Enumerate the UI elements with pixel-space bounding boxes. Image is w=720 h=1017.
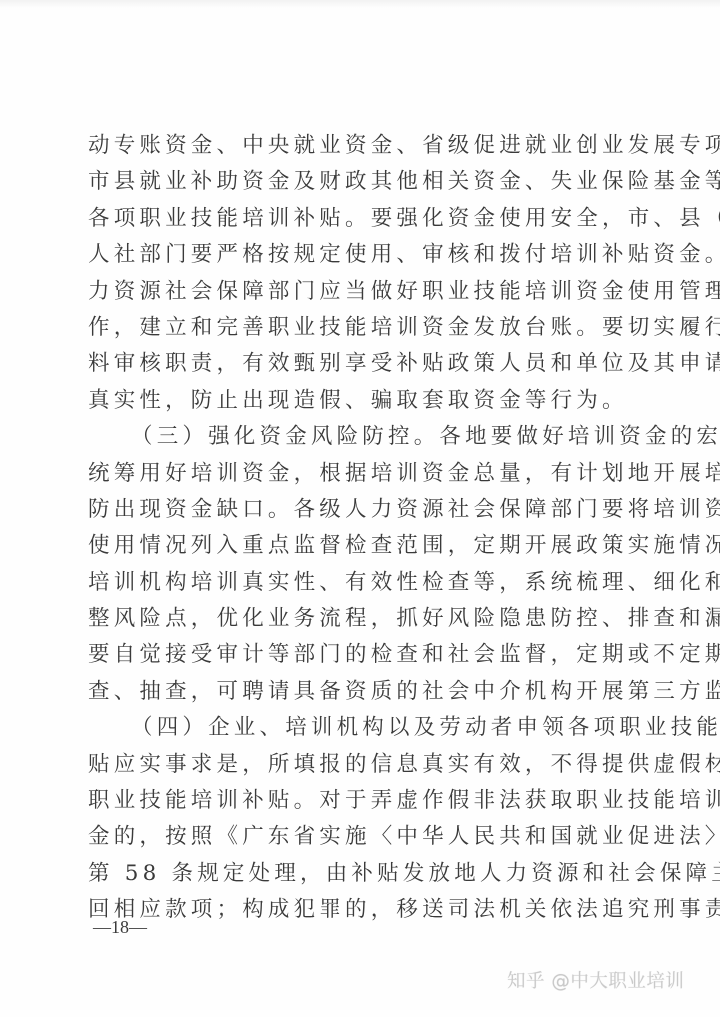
text-line: 作，建立和完善职业技能培训资金发放台账。要切实履行申请材 <box>88 310 633 346</box>
text-line: 要自觉接受审计等部门的检查和社会监督，定期或不定期开展检 <box>88 637 633 673</box>
text-line: 回相应款项；构成犯罪的，移送司法机关依法追究刑事责任。对 <box>88 892 633 928</box>
document-body: 动专账资金、中央就业资金、省级促进就业创业发展专项资金、 市县就业补助资金及财政… <box>88 128 633 929</box>
text-line: 贴应实事求是，所填报的信息真实有效，不得提供虚假材料骗取 <box>88 747 633 783</box>
text-line: 真实性，防止出现造假、骗取套取资金等行为。 <box>88 383 633 419</box>
text-line: 各项职业技能培训补贴。要强化资金使用安全，市、县（市、区） <box>88 201 633 237</box>
section-heading-line: （四）企业、培训机构以及劳动者申领各项职业技能培训补 <box>88 710 633 746</box>
text-line: 市县就业补助资金及财政其他相关资金、失业保险基金等，落实 <box>88 164 633 200</box>
text-line: 培训机构培训真实性、有效性检查等，系统梳理、细化和动态调 <box>88 565 633 601</box>
page-number: —18— <box>93 917 147 938</box>
watermark: 知乎 @中大职业培训 <box>507 967 684 993</box>
text-line: 人社部门要严格按规定使用、审核和拨付培训补贴资金。各级人 <box>88 237 633 273</box>
text-line: 第 58 条规定处理，由补贴发放地人力资源和社会保障主管部门追 <box>88 856 633 892</box>
section-heading-line: （三）强化资金风险防控。各地要做好培训资金的宏观调控， <box>88 419 633 455</box>
document-page: 动专账资金、中央就业资金、省级促进就业创业发展专项资金、 市县就业补助资金及财政… <box>0 0 720 1017</box>
page-top-edge <box>0 0 720 8</box>
text-line: 统筹用好培训资金，根据培训资金总量，有计划地开展培训，严 <box>88 456 633 492</box>
text-line: 力资源社会保障部门应当做好职业技能培训资金使用管理基础工 <box>88 274 633 310</box>
text-line: 料审核职责，有效甄别享受补贴政策人员和单位及其申请材料的 <box>88 346 633 382</box>
text-line: 使用情况列入重点监督检查范围，定期开展政策实施情况评估、 <box>88 528 633 564</box>
text-line: 防出现资金缺口。各级人力资源社会保障部门要将培训资金管理 <box>88 492 633 528</box>
text-line: 查、抽查，可聘请具备资质的社会中介机构开展第三方监督检查。 <box>88 674 633 710</box>
text-line: 金的，按照《广东省实施〈中华人民共和国就业促进法〉办法》 <box>88 819 633 855</box>
text-line: 职业技能培训补贴。对于弄虚作假非法获取职业技能培训补贴资 <box>88 783 633 819</box>
text-line: 动专账资金、中央就业资金、省级促进就业创业发展专项资金、 <box>88 128 633 164</box>
text-line: 整风险点，优化业务流程，抓好风险隐患防控、排查和漏洞堵塞。 <box>88 601 633 637</box>
